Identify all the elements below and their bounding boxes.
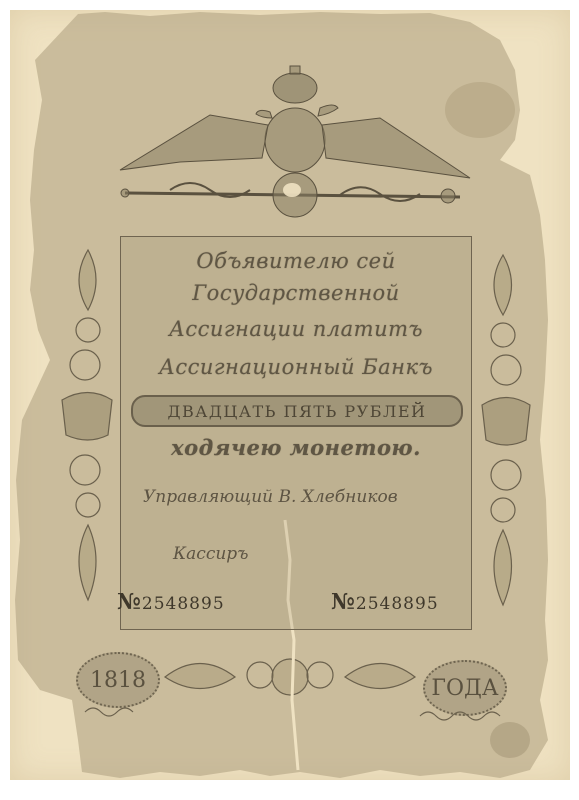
serial-value: 2548895 [142, 594, 225, 614]
serial-value: 2548895 [356, 594, 439, 614]
text-frame: Объявителю сей Государственной Ассигнаци… [120, 236, 472, 630]
serial-number-left: №2548895 [117, 589, 225, 615]
text-line-3: Ассигнации платитъ [121, 317, 471, 341]
text-line-5: ходячею монетою. [121, 435, 471, 460]
denomination-cartouche: ДВАДЦАТЬ ПЯТЬ РУБЛЕЙ [131, 395, 463, 427]
manager-signature: Управляющий В. Хлебников [143, 487, 398, 507]
text-line-2: Государственной [121, 281, 471, 305]
serial-prefix: № [117, 589, 142, 615]
cashier-signature: Кассиръ [173, 544, 249, 564]
serial-number-right: №2548895 [331, 589, 439, 615]
serial-prefix: № [331, 589, 356, 615]
text-line-4: Ассигнационный Банкъ [121, 355, 471, 379]
print-area: Объявителю сей Государственной Ассигнаци… [0, 0, 579, 800]
year-label-oval: ГОДА [423, 660, 507, 716]
text-line-1: Объявителю сей [121, 249, 471, 273]
year-oval: 1818 [76, 652, 160, 708]
denomination-text: ДВАДЦАТЬ ПЯТЬ РУБЛЕЙ [168, 402, 427, 421]
